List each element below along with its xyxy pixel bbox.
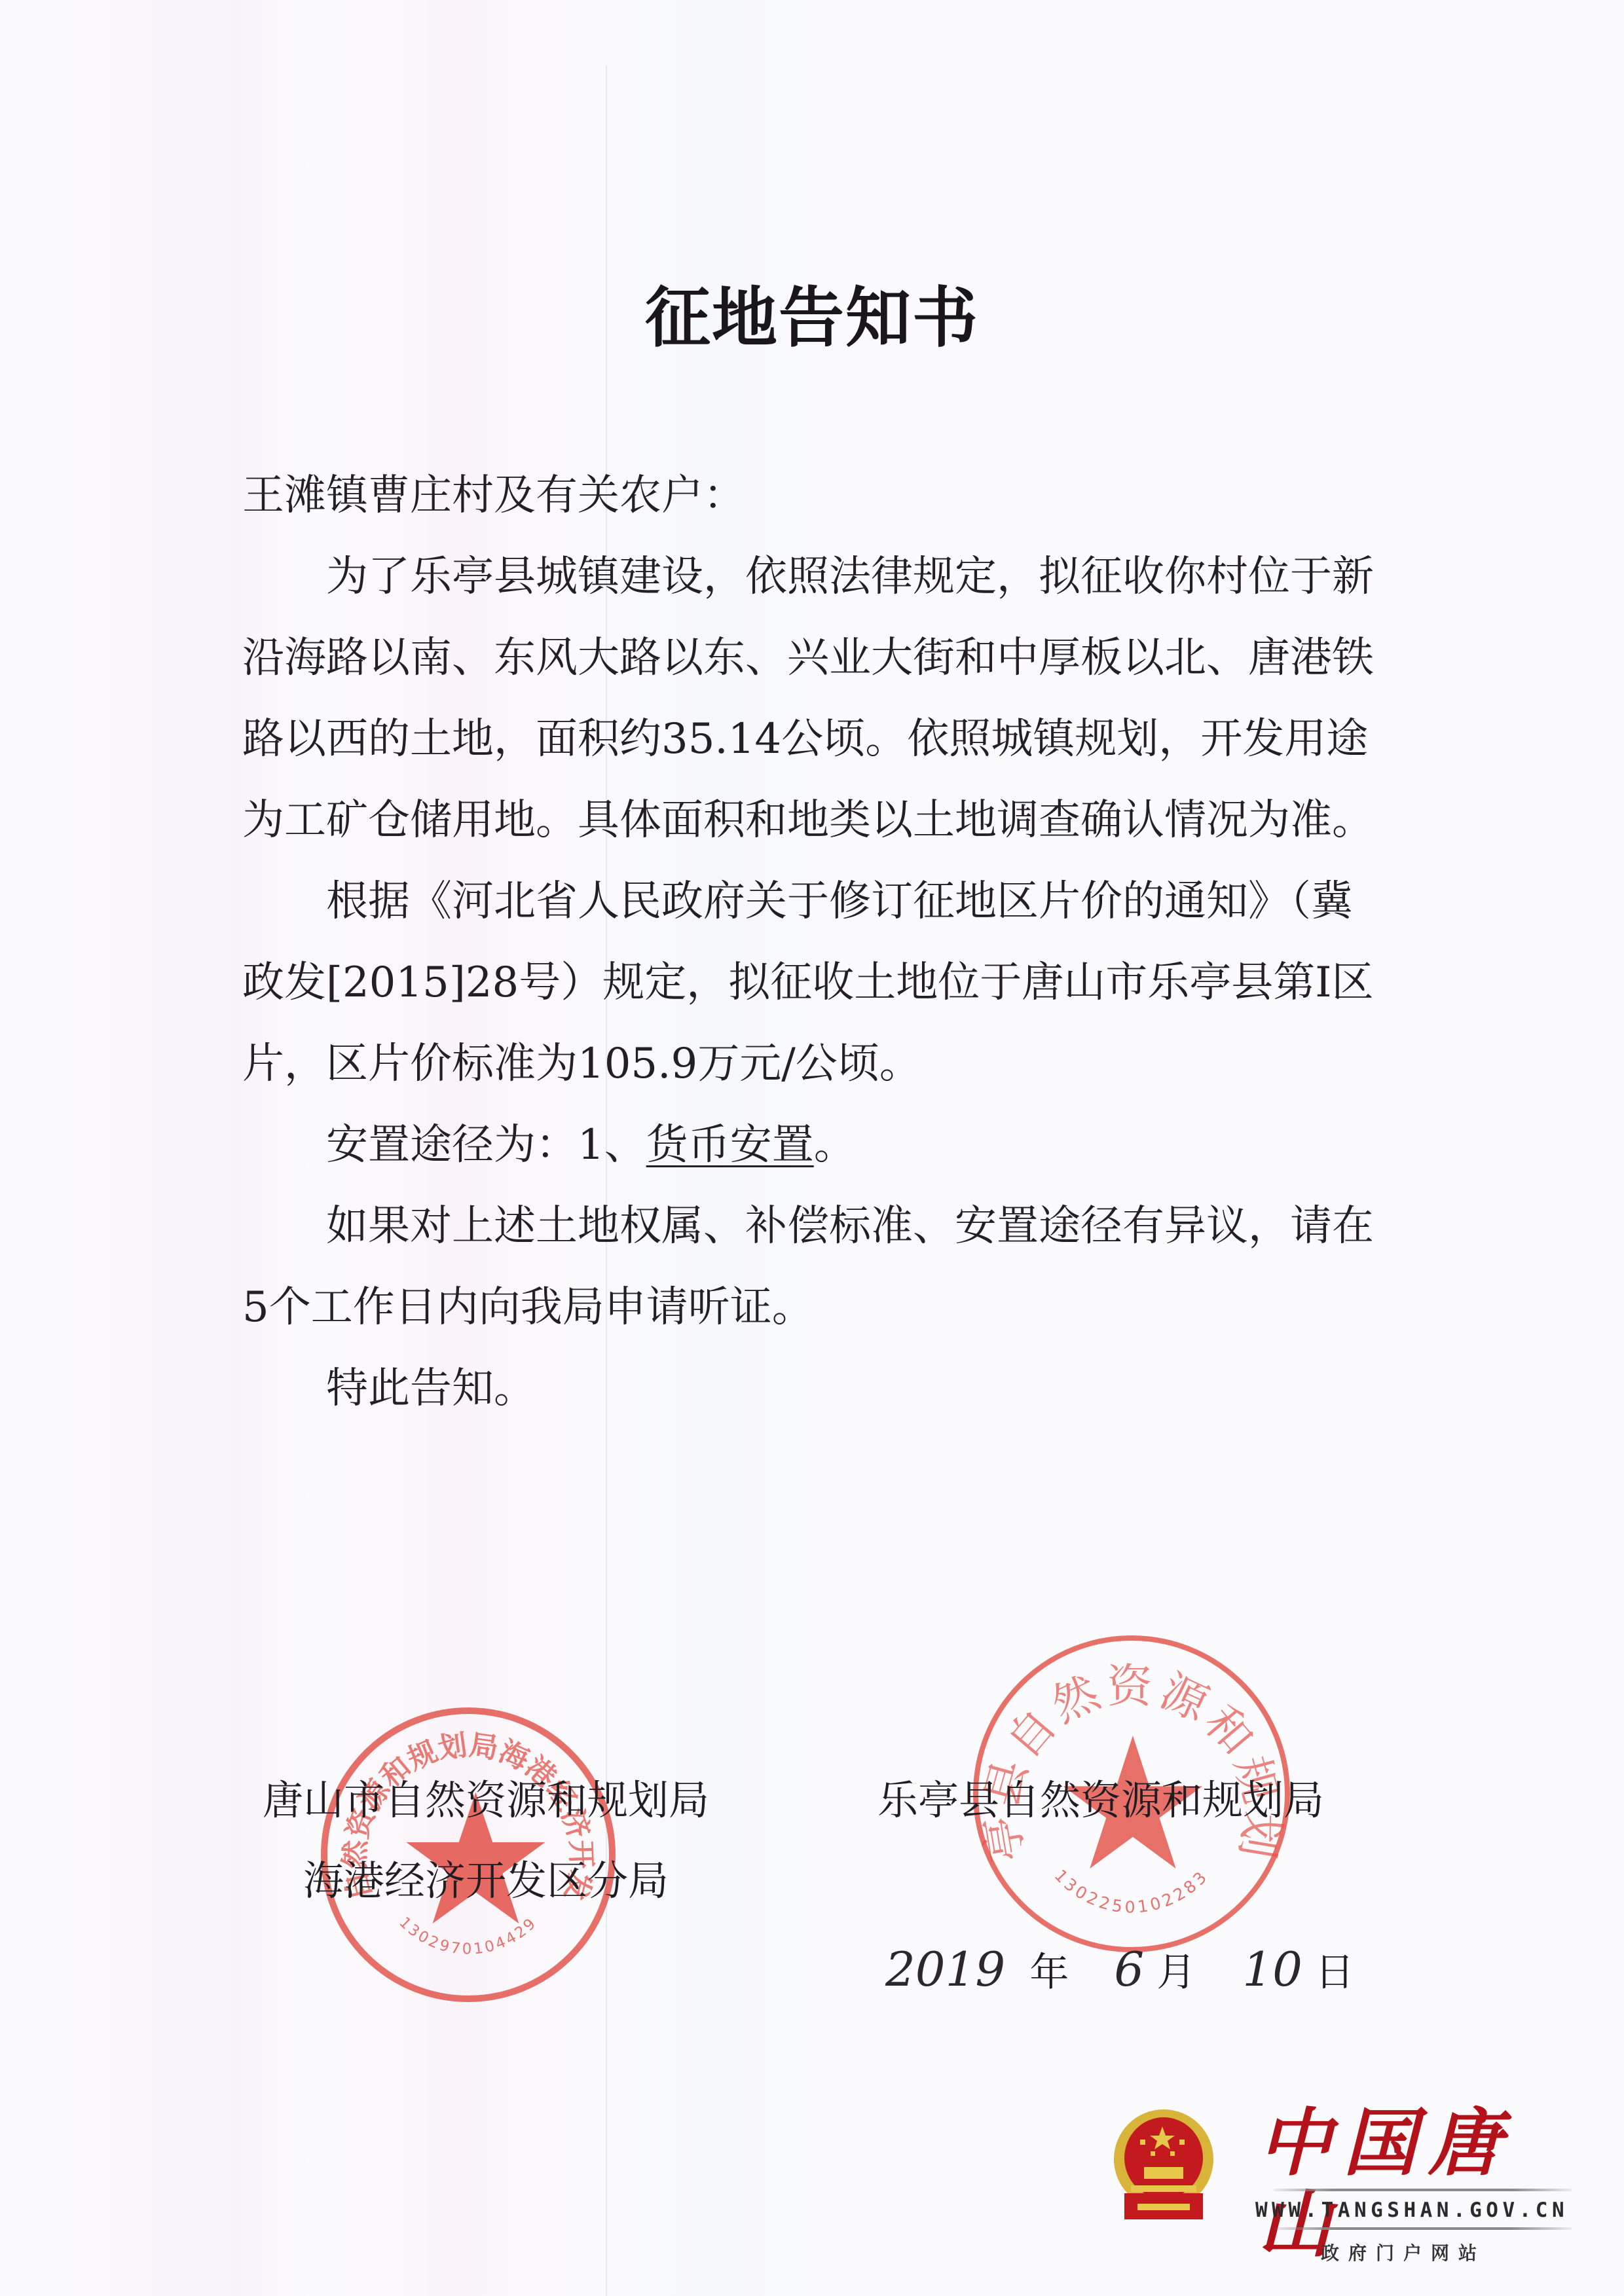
svg-text:1302970104429: 1302970104429 <box>396 1914 540 1958</box>
tangshan-portal-logo: 中国唐山 WWW.TANGSHAN.GOV.CN 政府门户网站 <box>1110 2103 1588 2273</box>
date-year-handwritten: 2019 <box>885 1942 1005 1997</box>
logo-subtitle: 政府门户网站 <box>1321 2242 1486 2265</box>
paragraph-resettlement: 安置途径为：1、货币安置。 <box>242 1104 1375 1186</box>
document-body: 王滩镇曹庄村及有关农户： 为了乐亭县城镇建设，依照法律规定，拟征收你村位于新沿海… <box>242 455 1375 1429</box>
document-title: 征地告知书 <box>0 278 1624 357</box>
paragraph-compensation-standard: 根据《河北省人民政府关于修订征地区片价的通知》（冀政发[2015]28号）规定，… <box>242 861 1375 1104</box>
issue-date: 2019 年 6 月 10 日 <box>885 1941 1354 2007</box>
logo-divider <box>1274 2227 1572 2230</box>
date-month-label: 月 <box>1156 1941 1196 1997</box>
resettlement-method: 货币安置 <box>646 1121 814 1169</box>
paragraph-objection: 如果对上述土地权属、补偿标准、安置途径有异议，请在5个工作日内向我局申请听证。 <box>242 1186 1375 1348</box>
paragraph-land-scope: 为了乐亭县城镇建设，依照法律规定，拟征收你村位于新沿海路以南、东风大路以东、兴业… <box>242 536 1375 861</box>
date-day-label: 日 <box>1315 1941 1354 1997</box>
logo-url: WWW.TANGSHAN.GOV.CN <box>1255 2198 1580 2222</box>
date-year-label: 年 <box>1029 1941 1069 1997</box>
salutation: 王滩镇曹庄村及有关农户： <box>242 455 1375 536</box>
resettlement-suffix: 。 <box>814 1121 856 1169</box>
svg-text:1302250102283: 1302250102283 <box>1051 1866 1213 1916</box>
logo-divider <box>1274 2189 1572 2191</box>
resettlement-prefix: 安置途径为：1、 <box>326 1121 646 1169</box>
date-month-handwritten: 6 <box>1114 1942 1144 1997</box>
closing-line: 特此告知。 <box>242 1348 1375 1429</box>
issuer-left-line2: 海港经济开发区分局 <box>303 1855 669 1907</box>
issuer-right-line1: 乐亭县自然资源和规划局 <box>877 1774 1324 1827</box>
issuer-left-line1: 唐山市自然资源和规划局 <box>263 1774 709 1827</box>
date-day-handwritten: 10 <box>1242 1942 1302 1997</box>
logo-name: 中国唐山 <box>1258 2103 1579 2184</box>
national-emblem-icon <box>1111 2108 1216 2223</box>
